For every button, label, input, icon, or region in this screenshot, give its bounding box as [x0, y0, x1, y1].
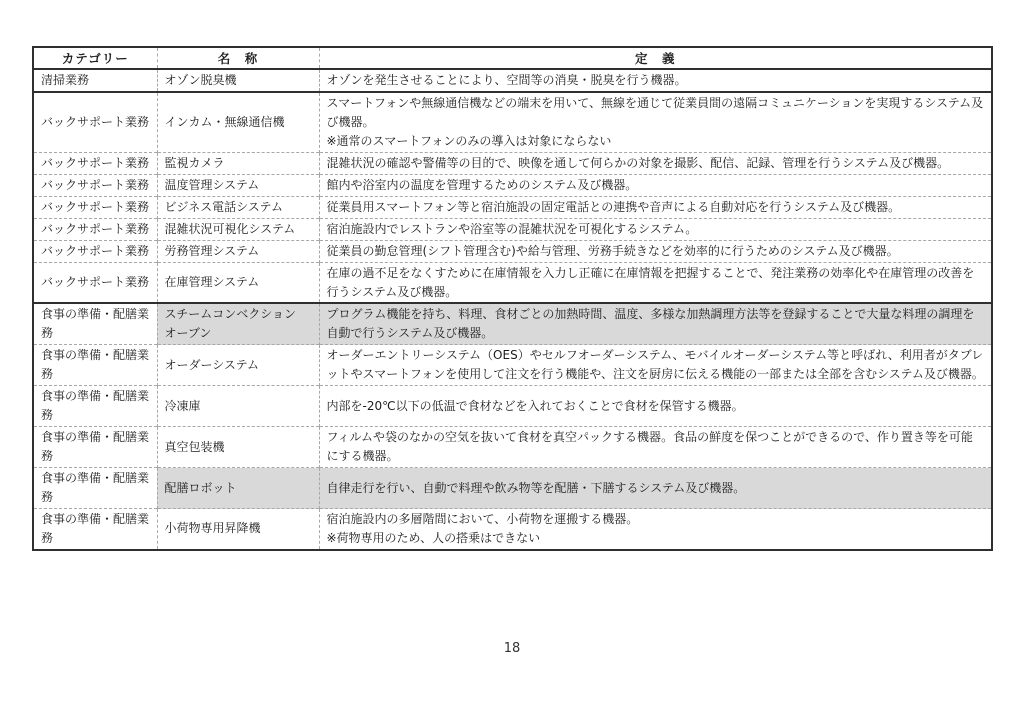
equipment-definition-table: カテゴリー 名 称 定 義 清掃業務オゾン脱臭機オゾンを発生させることにより、空…	[32, 46, 993, 551]
header-name: 名 称	[157, 47, 319, 69]
definition-line: 在庫の過不足をなくすために在庫情報を入力し正確に在庫情報を把握することで、発注業…	[327, 264, 985, 302]
table-row: 食事の準備・配膳業務冷凍庫内部を-20℃以下の低温で食材などを入れておくことで食…	[33, 386, 992, 427]
table-row: バックサポート業務ビジネス電話システム従業員用スマートフォン等と宿泊施設の固定電…	[33, 196, 992, 218]
table-row: 清掃業務オゾン脱臭機オゾンを発生させることにより、空間等の消臭・脱臭を行う機器。	[33, 69, 992, 92]
category-cell: バックサポート業務	[33, 92, 157, 152]
category-cell: バックサポート業務	[33, 196, 157, 218]
category-cell: 食事の準備・配膳業務	[33, 468, 157, 509]
category-cell: 食事の準備・配膳業務	[33, 427, 157, 468]
table-row: バックサポート業務混雑状況可視化システム宿泊施設内でレストランや浴室等の混雑状況…	[33, 218, 992, 240]
definition-line: 従業員用スマートフォン等と宿泊施設の固定電話との連携や音声による自動対応を行うシ…	[327, 198, 985, 217]
name-cell: オゾン脱臭機	[157, 69, 319, 92]
definition-cell: 内部を-20℃以下の低温で食材などを入れておくことで食材を保管する機器。	[319, 386, 992, 427]
name-line: オーダーシステム	[165, 356, 312, 375]
document-page: カテゴリー 名 称 定 義 清掃業務オゾン脱臭機オゾンを発生させることにより、空…	[0, 0, 1024, 724]
name-line: 温度管理システム	[165, 176, 312, 195]
name-line: インカム・無線通信機	[165, 113, 312, 132]
definition-line: 宿泊施設内の多層階間において、小荷物を運搬する機器。	[327, 510, 985, 529]
name-line: 混雑状況可視化システム	[165, 220, 312, 239]
name-cell: 混雑状況可視化システム	[157, 218, 319, 240]
definition-line: 混雑状況の確認や警備等の目的で、映像を通して何らかの対象を撮影、配信、記録、管理…	[327, 154, 985, 173]
table-row: バックサポート業務インカム・無線通信機スマートフォンや無線通信機などの端末を用い…	[33, 92, 992, 152]
definition-cell: スマートフォンや無線通信機などの端末を用いて、無線を通じて従業員間の遠隔コミュニ…	[319, 92, 992, 152]
table-row: 食事の準備・配膳業務オーダーシステムオーダーエントリーシステム（OES）やセルフ…	[33, 345, 992, 386]
name-cell: インカム・無線通信機	[157, 92, 319, 152]
definition-line: ※荷物専用のため、人の搭乗はできない	[327, 529, 985, 548]
header-definition: 定 義	[319, 47, 992, 69]
name-line: 監視カメラ	[165, 154, 312, 173]
category-cell: 食事の準備・配膳業務	[33, 345, 157, 386]
page-number: 18	[0, 641, 1024, 656]
name-cell: 労務管理システム	[157, 240, 319, 262]
table-body: 清掃業務オゾン脱臭機オゾンを発生させることにより、空間等の消臭・脱臭を行う機器。…	[33, 69, 992, 550]
name-line: 小荷物専用昇降機	[165, 519, 312, 538]
definition-cell: 従業員の勤怠管理(シフト管理含む)や給与管理、労務手続きなどを効率的に行うための…	[319, 240, 992, 262]
category-cell: 食事の準備・配膳業務	[33, 386, 157, 427]
category-cell: バックサポート業務	[33, 262, 157, 303]
category-cell: バックサポート業務	[33, 174, 157, 196]
name-line: 冷凍庫	[165, 397, 312, 416]
category-cell: 清掃業務	[33, 69, 157, 92]
table-row: バックサポート業務温度管理システム館内や浴室内の温度を管理するためのシステム及び…	[33, 174, 992, 196]
definition-line: オーダーエントリーシステム（OES）やセルフオーダーシステム、モバイルオーダーシ…	[327, 346, 985, 384]
name-cell: 小荷物専用昇降機	[157, 509, 319, 550]
definition-line: 宿泊施設内でレストランや浴室等の混雑状況を可視化するシステム。	[327, 220, 985, 239]
definition-line: フィルムや袋のなかの空気を抜いて食材を真空パックする機器。食品の鮮度を保つことが…	[327, 428, 985, 466]
name-cell: 在庫管理システム	[157, 262, 319, 303]
definition-cell: 在庫の過不足をなくすために在庫情報を入力し正確に在庫情報を把握することで、発注業…	[319, 262, 992, 303]
definition-line: 館内や浴室内の温度を管理するためのシステム及び機器。	[327, 176, 985, 195]
definition-line: スマートフォンや無線通信機などの端末を用いて、無線を通じて従業員間の遠隔コミュニ…	[327, 94, 985, 132]
definition-cell: 宿泊施設内でレストランや浴室等の混雑状況を可視化するシステム。	[319, 218, 992, 240]
table-header-row: カテゴリー 名 称 定 義	[33, 47, 992, 69]
definition-cell: オーダーエントリーシステム（OES）やセルフオーダーシステム、モバイルオーダーシ…	[319, 345, 992, 386]
table-row: 食事の準備・配膳業務スチームコンベクションオーブンプログラム機能を持ち、料理、食…	[33, 303, 992, 344]
definition-line: 自律走行を行い、自動で料理や飲み物等を配膳・下膳するシステム及び機器。	[327, 479, 985, 498]
name-line: 配膳ロボット	[165, 479, 312, 498]
category-cell: バックサポート業務	[33, 218, 157, 240]
category-cell: 食事の準備・配膳業務	[33, 303, 157, 344]
category-cell: バックサポート業務	[33, 152, 157, 174]
definition-cell: プログラム機能を持ち、料理、食材ごとの加熱時間、温度、多様な加熱調理方法等を登録…	[319, 303, 992, 344]
name-line: スチームコンベクション	[165, 305, 312, 324]
definition-cell: 館内や浴室内の温度を管理するためのシステム及び機器。	[319, 174, 992, 196]
definition-line: 従業員の勤怠管理(シフト管理含む)や給与管理、労務手続きなどを効率的に行うための…	[327, 242, 985, 261]
table-row: バックサポート業務在庫管理システム在庫の過不足をなくすために在庫情報を入力し正確…	[33, 262, 992, 303]
definition-cell: 自律走行を行い、自動で料理や飲み物等を配膳・下膳するシステム及び機器。	[319, 468, 992, 509]
table-row: 食事の準備・配膳業務小荷物専用昇降機宿泊施設内の多層階間において、小荷物を運搬す…	[33, 509, 992, 550]
definition-cell: 混雑状況の確認や警備等の目的で、映像を通して何らかの対象を撮影、配信、記録、管理…	[319, 152, 992, 174]
definition-cell: 宿泊施設内の多層階間において、小荷物を運搬する機器。※荷物専用のため、人の搭乗は…	[319, 509, 992, 550]
name-line: 在庫管理システム	[165, 273, 312, 292]
name-cell: 配膳ロボット	[157, 468, 319, 509]
table-row: 食事の準備・配膳業務配膳ロボット自律走行を行い、自動で料理や飲み物等を配膳・下膳…	[33, 468, 992, 509]
name-cell: オーダーシステム	[157, 345, 319, 386]
definition-cell: フィルムや袋のなかの空気を抜いて食材を真空パックする機器。食品の鮮度を保つことが…	[319, 427, 992, 468]
definition-line: プログラム機能を持ち、料理、食材ごとの加熱時間、温度、多様な加熱調理方法等を登録…	[327, 305, 985, 343]
definition-cell: 従業員用スマートフォン等と宿泊施設の固定電話との連携や音声による自動対応を行うシ…	[319, 196, 992, 218]
category-cell: 食事の準備・配膳業務	[33, 509, 157, 550]
name-line: 真空包装機	[165, 438, 312, 457]
name-cell: 真空包装機	[157, 427, 319, 468]
name-line: ビジネス電話システム	[165, 198, 312, 217]
name-line: オーブン	[165, 324, 312, 343]
table-row: 食事の準備・配膳業務真空包装機フィルムや袋のなかの空気を抜いて食材を真空パックす…	[33, 427, 992, 468]
table-header: カテゴリー 名 称 定 義	[33, 47, 992, 69]
table-row: バックサポート業務監視カメラ混雑状況の確認や警備等の目的で、映像を通して何らかの…	[33, 152, 992, 174]
table-row: バックサポート業務労務管理システム従業員の勤怠管理(シフト管理含む)や給与管理、…	[33, 240, 992, 262]
category-cell: バックサポート業務	[33, 240, 157, 262]
name-cell: ビジネス電話システム	[157, 196, 319, 218]
name-line: 労務管理システム	[165, 242, 312, 261]
name-cell: 冷凍庫	[157, 386, 319, 427]
name-cell: スチームコンベクションオーブン	[157, 303, 319, 344]
header-category: カテゴリー	[33, 47, 157, 69]
definition-line: 内部を-20℃以下の低温で食材などを入れておくことで食材を保管する機器。	[327, 397, 985, 416]
name-cell: 監視カメラ	[157, 152, 319, 174]
definition-cell: オゾンを発生させることにより、空間等の消臭・脱臭を行う機器。	[319, 69, 992, 92]
definition-line: オゾンを発生させることにより、空間等の消臭・脱臭を行う機器。	[327, 71, 985, 90]
name-cell: 温度管理システム	[157, 174, 319, 196]
definition-line: ※通常のスマートフォンのみの導入は対象にならない	[327, 132, 985, 151]
name-line: オゾン脱臭機	[165, 71, 312, 90]
